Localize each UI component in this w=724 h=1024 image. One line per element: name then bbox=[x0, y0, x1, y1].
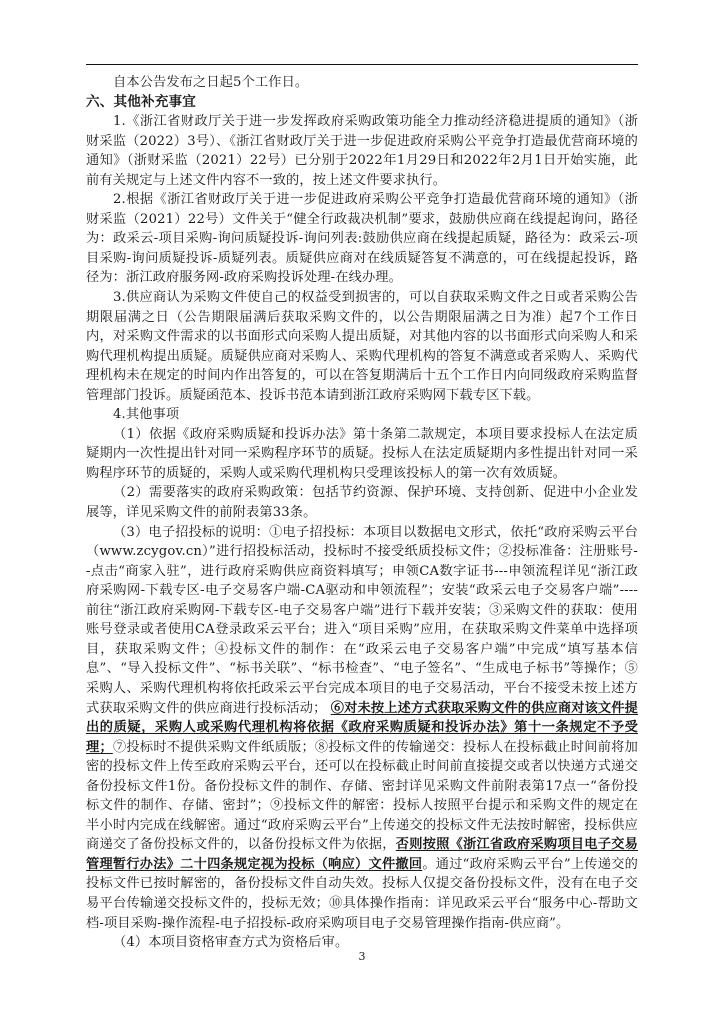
lead-line: 自本公告发布之日起5个工作日。 bbox=[86, 73, 638, 93]
sub-item-3-text-b: ⑦投标时不提供采购文件纸质版；⑧投标文件的传输递交：投标人在投标截止时间前将加密… bbox=[86, 740, 638, 853]
paragraph-item-3: 3.供应商认为采购文件使自己的权益受到损害的，可以自获取采购文件之日或者采购公告… bbox=[86, 288, 638, 405]
document-body: 自本公告发布之日起5个工作日。 六、其他补充事宜 1.《浙江省财政厅关于进一步发… bbox=[86, 73, 638, 953]
sub-item-3: （3）电子招投标的说明：①电子招投标：本项目以数据电文形式，依托“政府采购云平台… bbox=[86, 523, 638, 933]
paragraph-item-1: 1.《浙江省财政厅关于进一步发挥政府采购政策功能全力推动经济稳进提质的通知》（浙… bbox=[86, 112, 638, 190]
sub-item-3-text-a: （3）电子招投标的说明：①电子招投标：本项目以数据电文形式，依托“政府采购云平台… bbox=[86, 525, 638, 716]
sub-item-1: （1）依据《政府采购质疑和投诉办法》第十条第二款规定，本项目要求投标人在法定质疑… bbox=[86, 425, 638, 484]
page-number: 3 bbox=[0, 950, 724, 963]
section-heading: 六、其他补充事宜 bbox=[86, 93, 638, 113]
sub-item-2: （2）需要落实的政府采购政策：包括节约资源、保护环境、支持创新、促进中小企业发展… bbox=[86, 483, 638, 522]
header-rule bbox=[86, 64, 638, 65]
paragraph-item-2: 2.根据《浙江省财政厅关于进一步促进政府采购公平竞争打造最优营商环境的通知》（浙… bbox=[86, 190, 638, 288]
item-4-title: 4.其他事项 bbox=[86, 405, 638, 425]
